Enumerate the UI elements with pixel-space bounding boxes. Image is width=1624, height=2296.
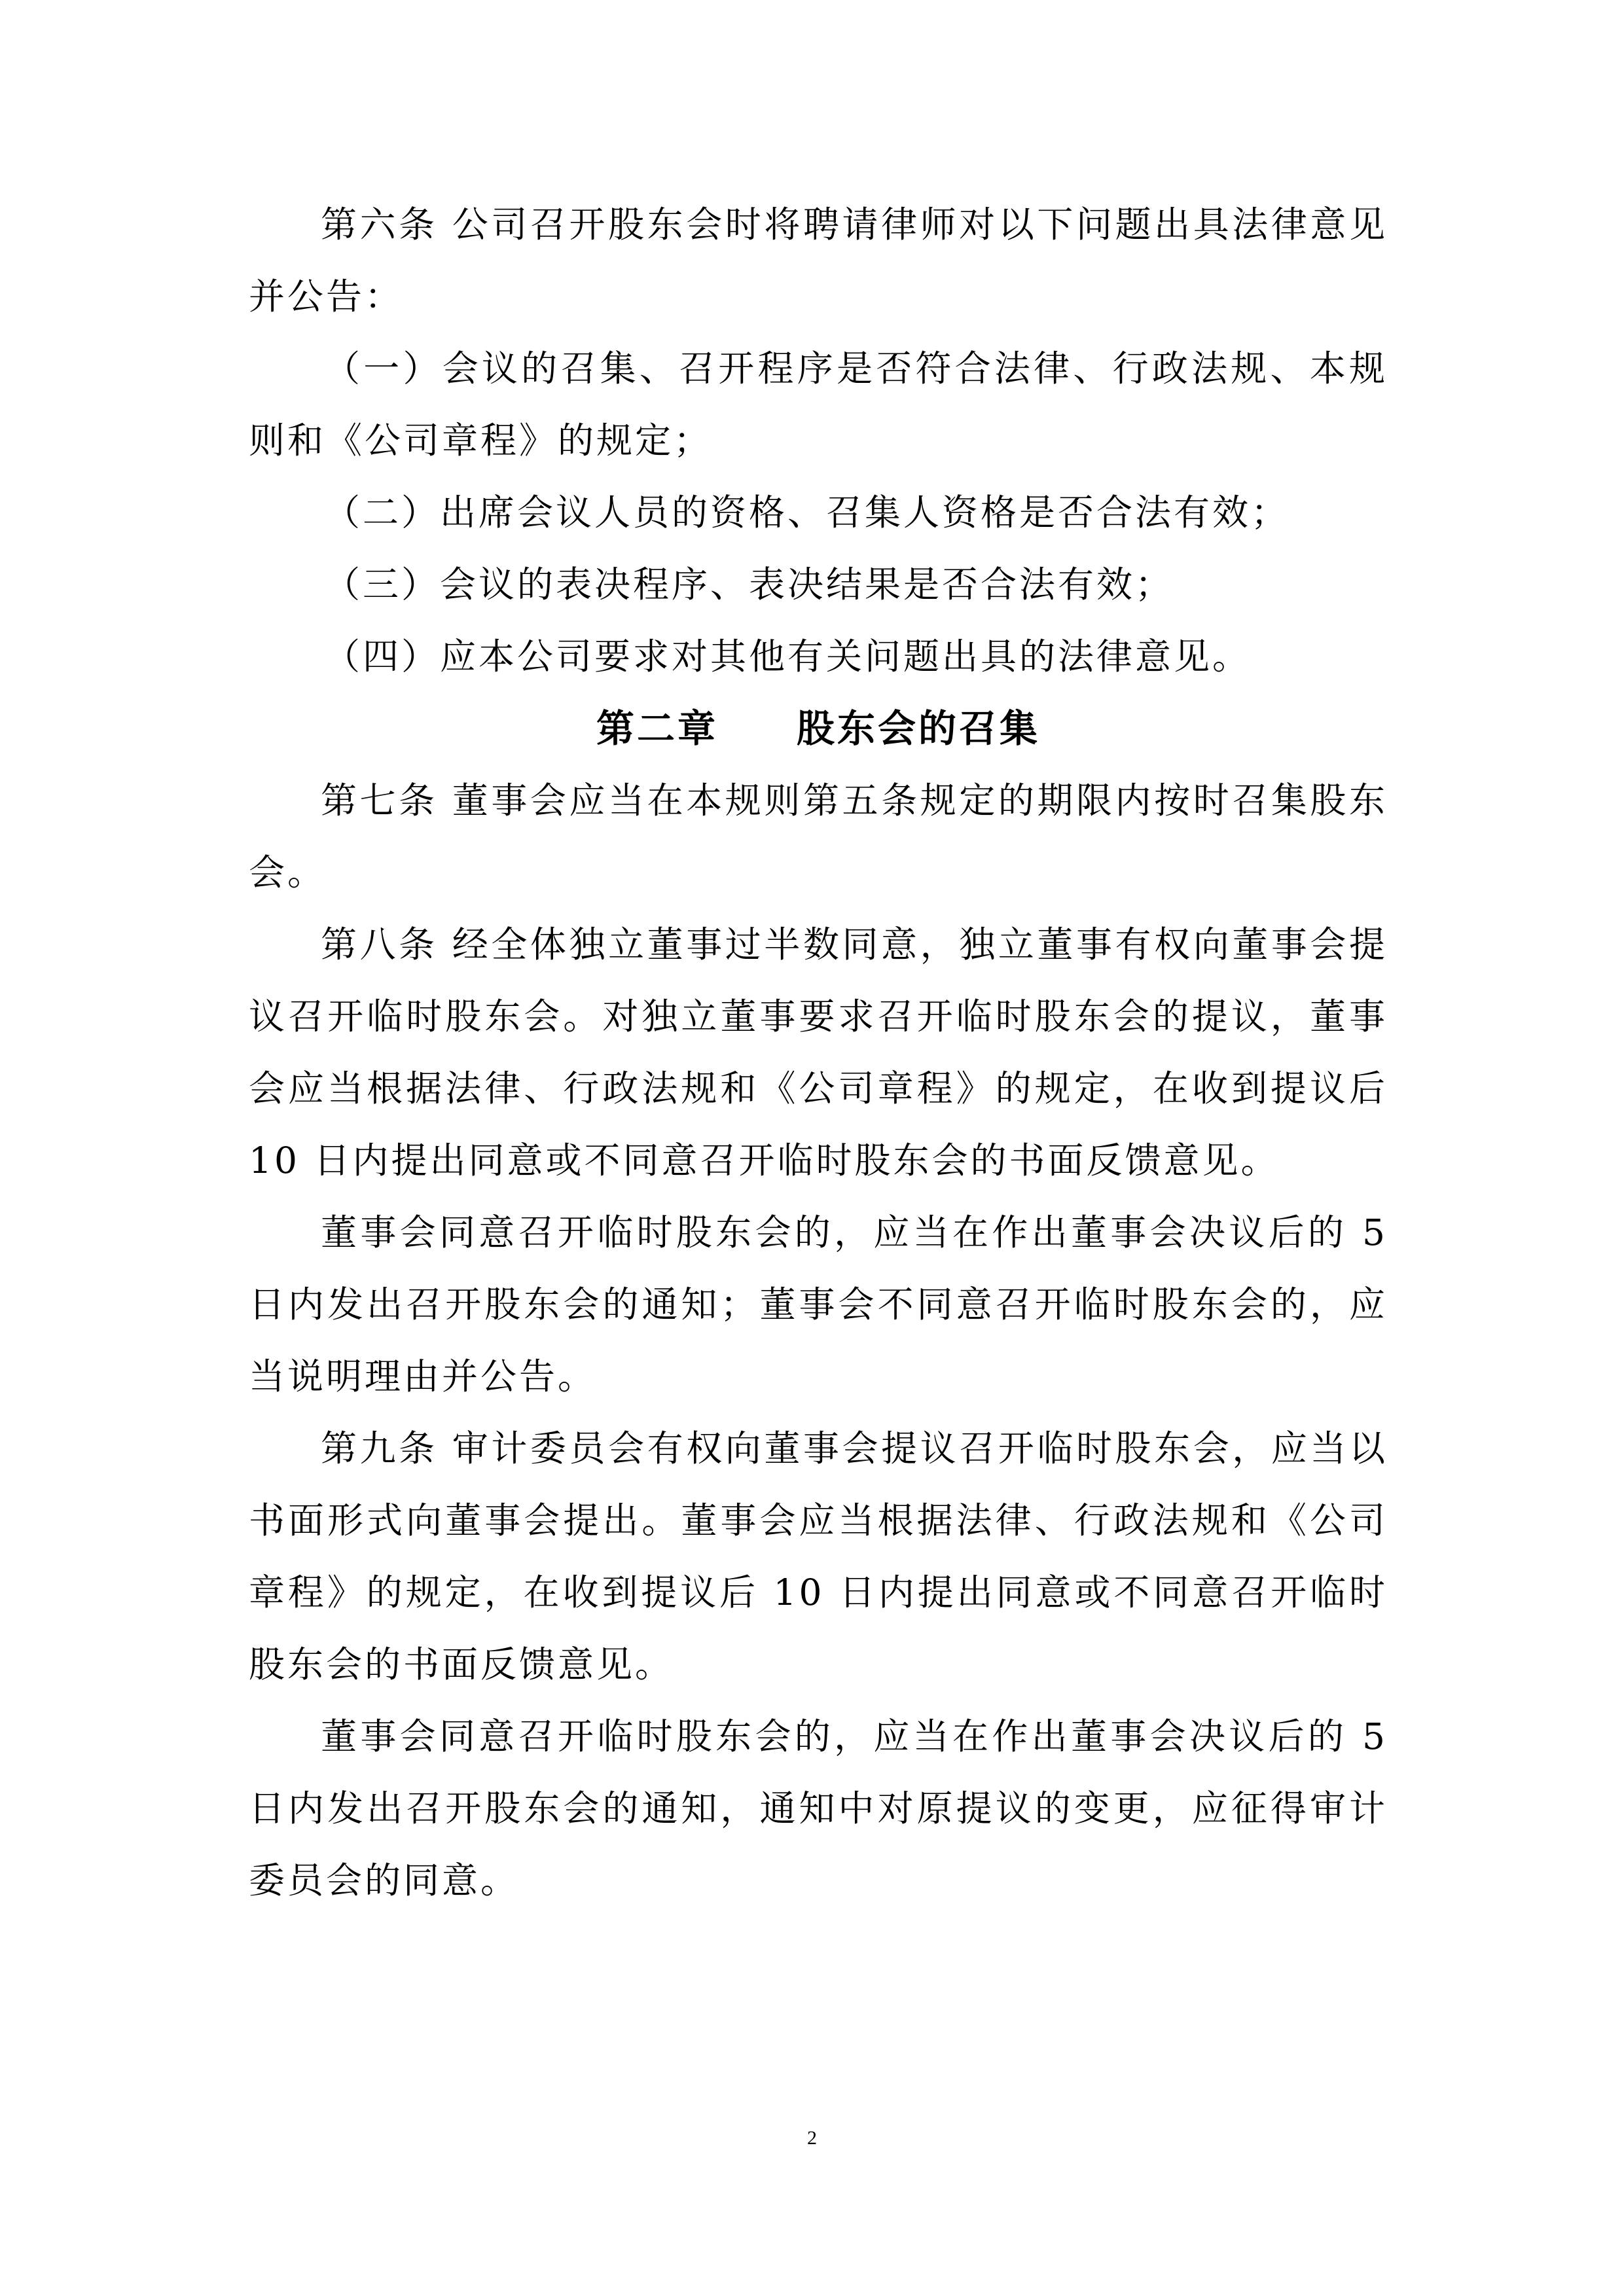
article-6-item-3: （三）会议的表决程序、表决结果是否合法有效； [249,548,1388,620]
page-number: 2 [0,2127,1624,2149]
chapter-heading: 第二章股东会的召集 [249,692,1388,764]
article-6-item-1: （一）会议的召集、召开程序是否符合法律、行政法规、本规则和《公司章程》的规定； [249,332,1388,476]
article-8-paragraph-2: 董事会同意召开临时股东会的，应当在作出董事会决议后的 5 日内发出召开股东会的通… [249,1196,1388,1412]
chapter-title: 股东会的召集 [797,706,1040,751]
article-9-paragraph-2: 董事会同意召开临时股东会的，应当在作出董事会决议后的 5 日内发出召开股东会的通… [249,1700,1388,1916]
chapter-number: 第二章 [596,706,718,751]
article-6-item-2: （二）出席会议人员的资格、召集人资格是否合法有效； [249,476,1388,548]
article-8-paragraph: 第八条 经全体独立董事过半数同意，独立董事有权向董事会提议召开临时股东会。对独立… [249,908,1388,1196]
article-6-item-4: （四）应本公司要求对其他有关问题出具的法律意见。 [249,620,1388,692]
article-6-paragraph: 第六条 公司召开股东会时将聘请律师对以下问题出具法律意见并公告： [249,188,1388,332]
article-9-paragraph: 第九条 审计委员会有权向董事会提议召开临时股东会，应当以书面形式向董事会提出。董… [249,1412,1388,1700]
document-body: 第六条 公司召开股东会时将聘请律师对以下问题出具法律意见并公告： （一）会议的召… [249,188,1388,1916]
document-page: 第六条 公司召开股东会时将聘请律师对以下问题出具法律意见并公告： （一）会议的召… [0,0,1624,2296]
article-7-paragraph: 第七条 董事会应当在本规则第五条规定的期限内按时召集股东会。 [249,764,1388,908]
